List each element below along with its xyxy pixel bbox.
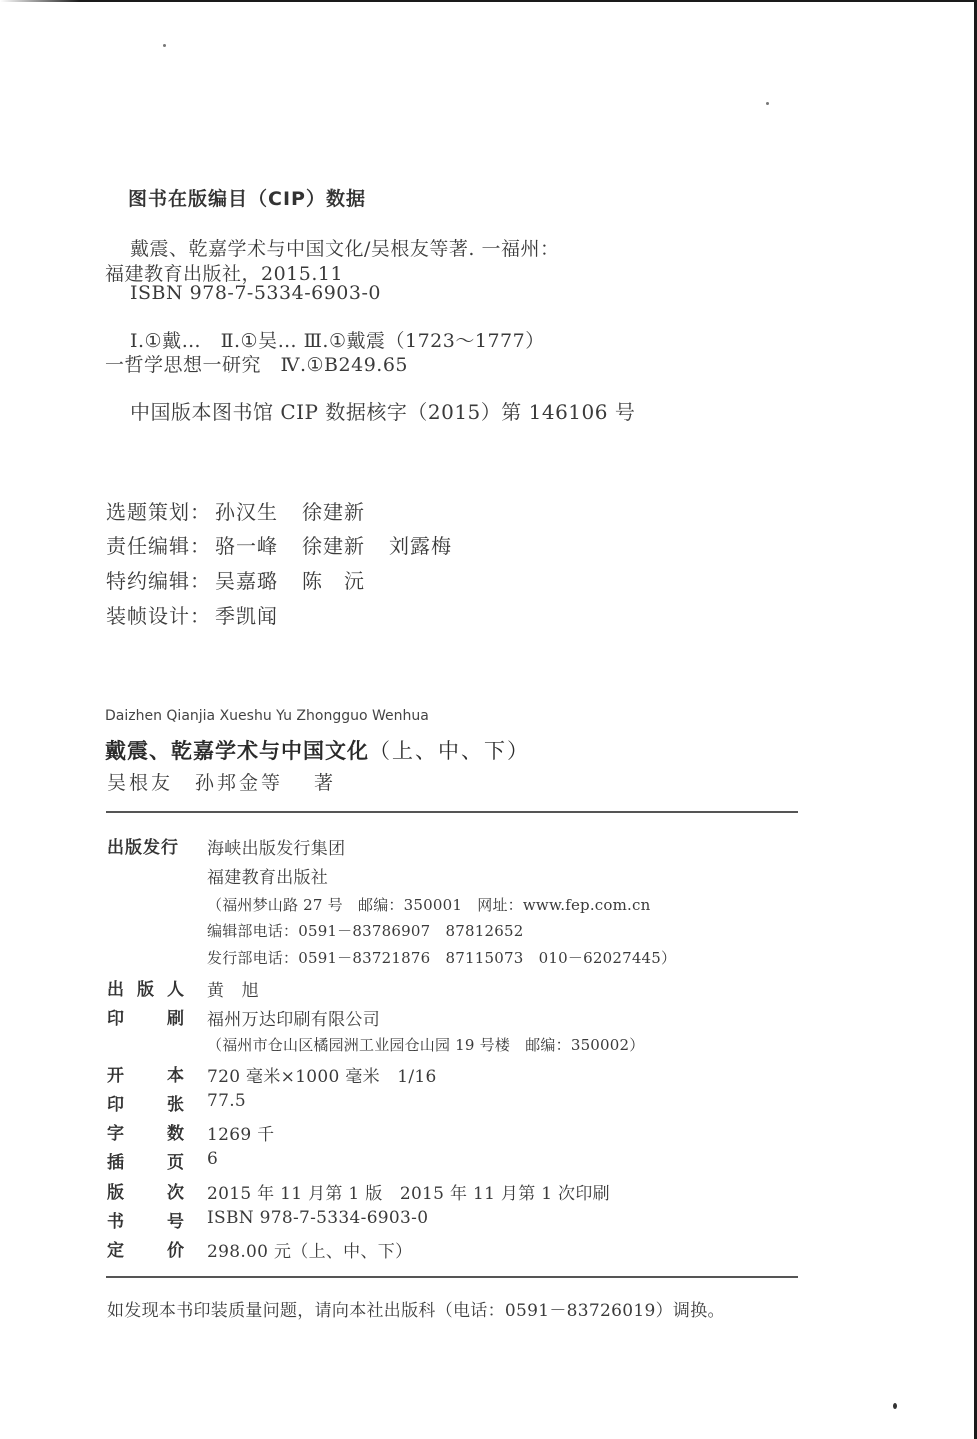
- colophon-value: 福建教育出版社: [207, 863, 328, 888]
- book-title-main: 戴震、乾嘉学术与中国文化: [105, 739, 369, 763]
- cip-isbn-line: ISBN 978-7-5334-6903-0: [130, 282, 381, 304]
- colophon-printer-address: （福州市仓山区橘园洲工业园仓山园 19 号楼 邮编：350002）: [207, 1034, 645, 1055]
- staff-row-planning: 选题策划：孙汉生徐建新: [106, 496, 365, 525]
- colophon-value: ISBN 978-7-5334-6903-0: [207, 1208, 428, 1228]
- scan-speck: [163, 44, 166, 47]
- colophon-value: 298.00 元（上、中、下）: [207, 1237, 412, 1262]
- book-title-volumes: （上、中、下）: [369, 739, 530, 763]
- staff-role: 责任编辑：: [106, 534, 211, 558]
- staff-name: 孙汉生: [215, 500, 278, 524]
- colophon-value: 海峡出版发行集团: [207, 834, 345, 859]
- divider-top: [106, 811, 798, 813]
- colophon-value: 福州万达印刷有限公司: [207, 1005, 380, 1030]
- book-title: 戴震、乾嘉学术与中国文化（上、中、下）: [105, 735, 530, 765]
- colophon-value: 6: [207, 1149, 218, 1169]
- colophon-value: 2015 年 11 月第 1 版 2015 年 11 月第 1 次印刷: [207, 1179, 610, 1204]
- colophon-value: 720 毫米×1000 毫米 1/16: [207, 1062, 437, 1087]
- colophon-editorial-phone: 编辑部电话：0591－83786907 87812652: [207, 920, 523, 941]
- colophon-distribution-phone: 发行部电话：0591－83721876 87115073 010－6202744…: [207, 947, 676, 968]
- staff-row-special-editor: 特约编辑：吴嘉璐陈 沅: [106, 565, 365, 594]
- staff-name: 徐建新: [302, 500, 365, 524]
- colophon-publisher-address: （福州梦山路 27 号 邮编：350001 网址：www.fep.com.cn: [207, 894, 650, 915]
- pinyin-title: Daizhen Qianjia Xueshu Yu Zhongguo Wenhu…: [105, 708, 429, 724]
- quality-notice: 如发现本书印装质量问题，请向本社出版科（电话：0591－83726019）调换。: [107, 1296, 725, 1321]
- scan-speck: [893, 1403, 897, 1409]
- staff-row-design: 装帧设计：季凯闻: [106, 600, 278, 629]
- colophon-value: 77.5: [207, 1091, 246, 1111]
- staff-role: 选题策划：: [106, 500, 211, 524]
- cip-classification-line-2: 一哲学思想一研究 Ⅳ.①B249.65: [105, 350, 408, 377]
- staff-name: 季凯闻: [215, 604, 278, 628]
- scan-border-top: [80, 0, 977, 2]
- staff-name: 陈 沅: [302, 569, 365, 593]
- cip-verification: 中国版本图书馆 CIP 数据核字（2015）第 146106 号: [130, 396, 635, 425]
- cip-classification-line-1: Ⅰ.①戴… Ⅱ.①吴… Ⅲ.①戴震（1723～1777）: [130, 326, 545, 353]
- colophon-value: 黄 旭: [207, 976, 259, 1001]
- book-authors: 吴根友 孙邦金等 著: [107, 768, 336, 795]
- staff-name: 刘露梅: [389, 534, 452, 558]
- cip-heading: 图书在版编目（CIP）数据: [128, 184, 366, 211]
- scan-border-top-fade: [0, 0, 80, 2]
- staff-name: 骆一峰: [215, 534, 278, 558]
- staff-name: 吴嘉璐: [215, 569, 278, 593]
- staff-name: 徐建新: [302, 534, 365, 558]
- staff-role: 装帧设计：: [106, 604, 211, 628]
- cip-title-line: 戴震、乾嘉学术与中国文化/吴根友等著. 一福州：: [130, 234, 559, 261]
- staff-role: 特约编辑：: [106, 569, 211, 593]
- staff-row-responsible-editor: 责任编辑：骆一峰徐建新刘露梅: [106, 530, 452, 559]
- scan-speck: [766, 102, 769, 105]
- divider-bottom: [106, 1276, 798, 1278]
- colophon-value: 1269 千: [207, 1120, 274, 1145]
